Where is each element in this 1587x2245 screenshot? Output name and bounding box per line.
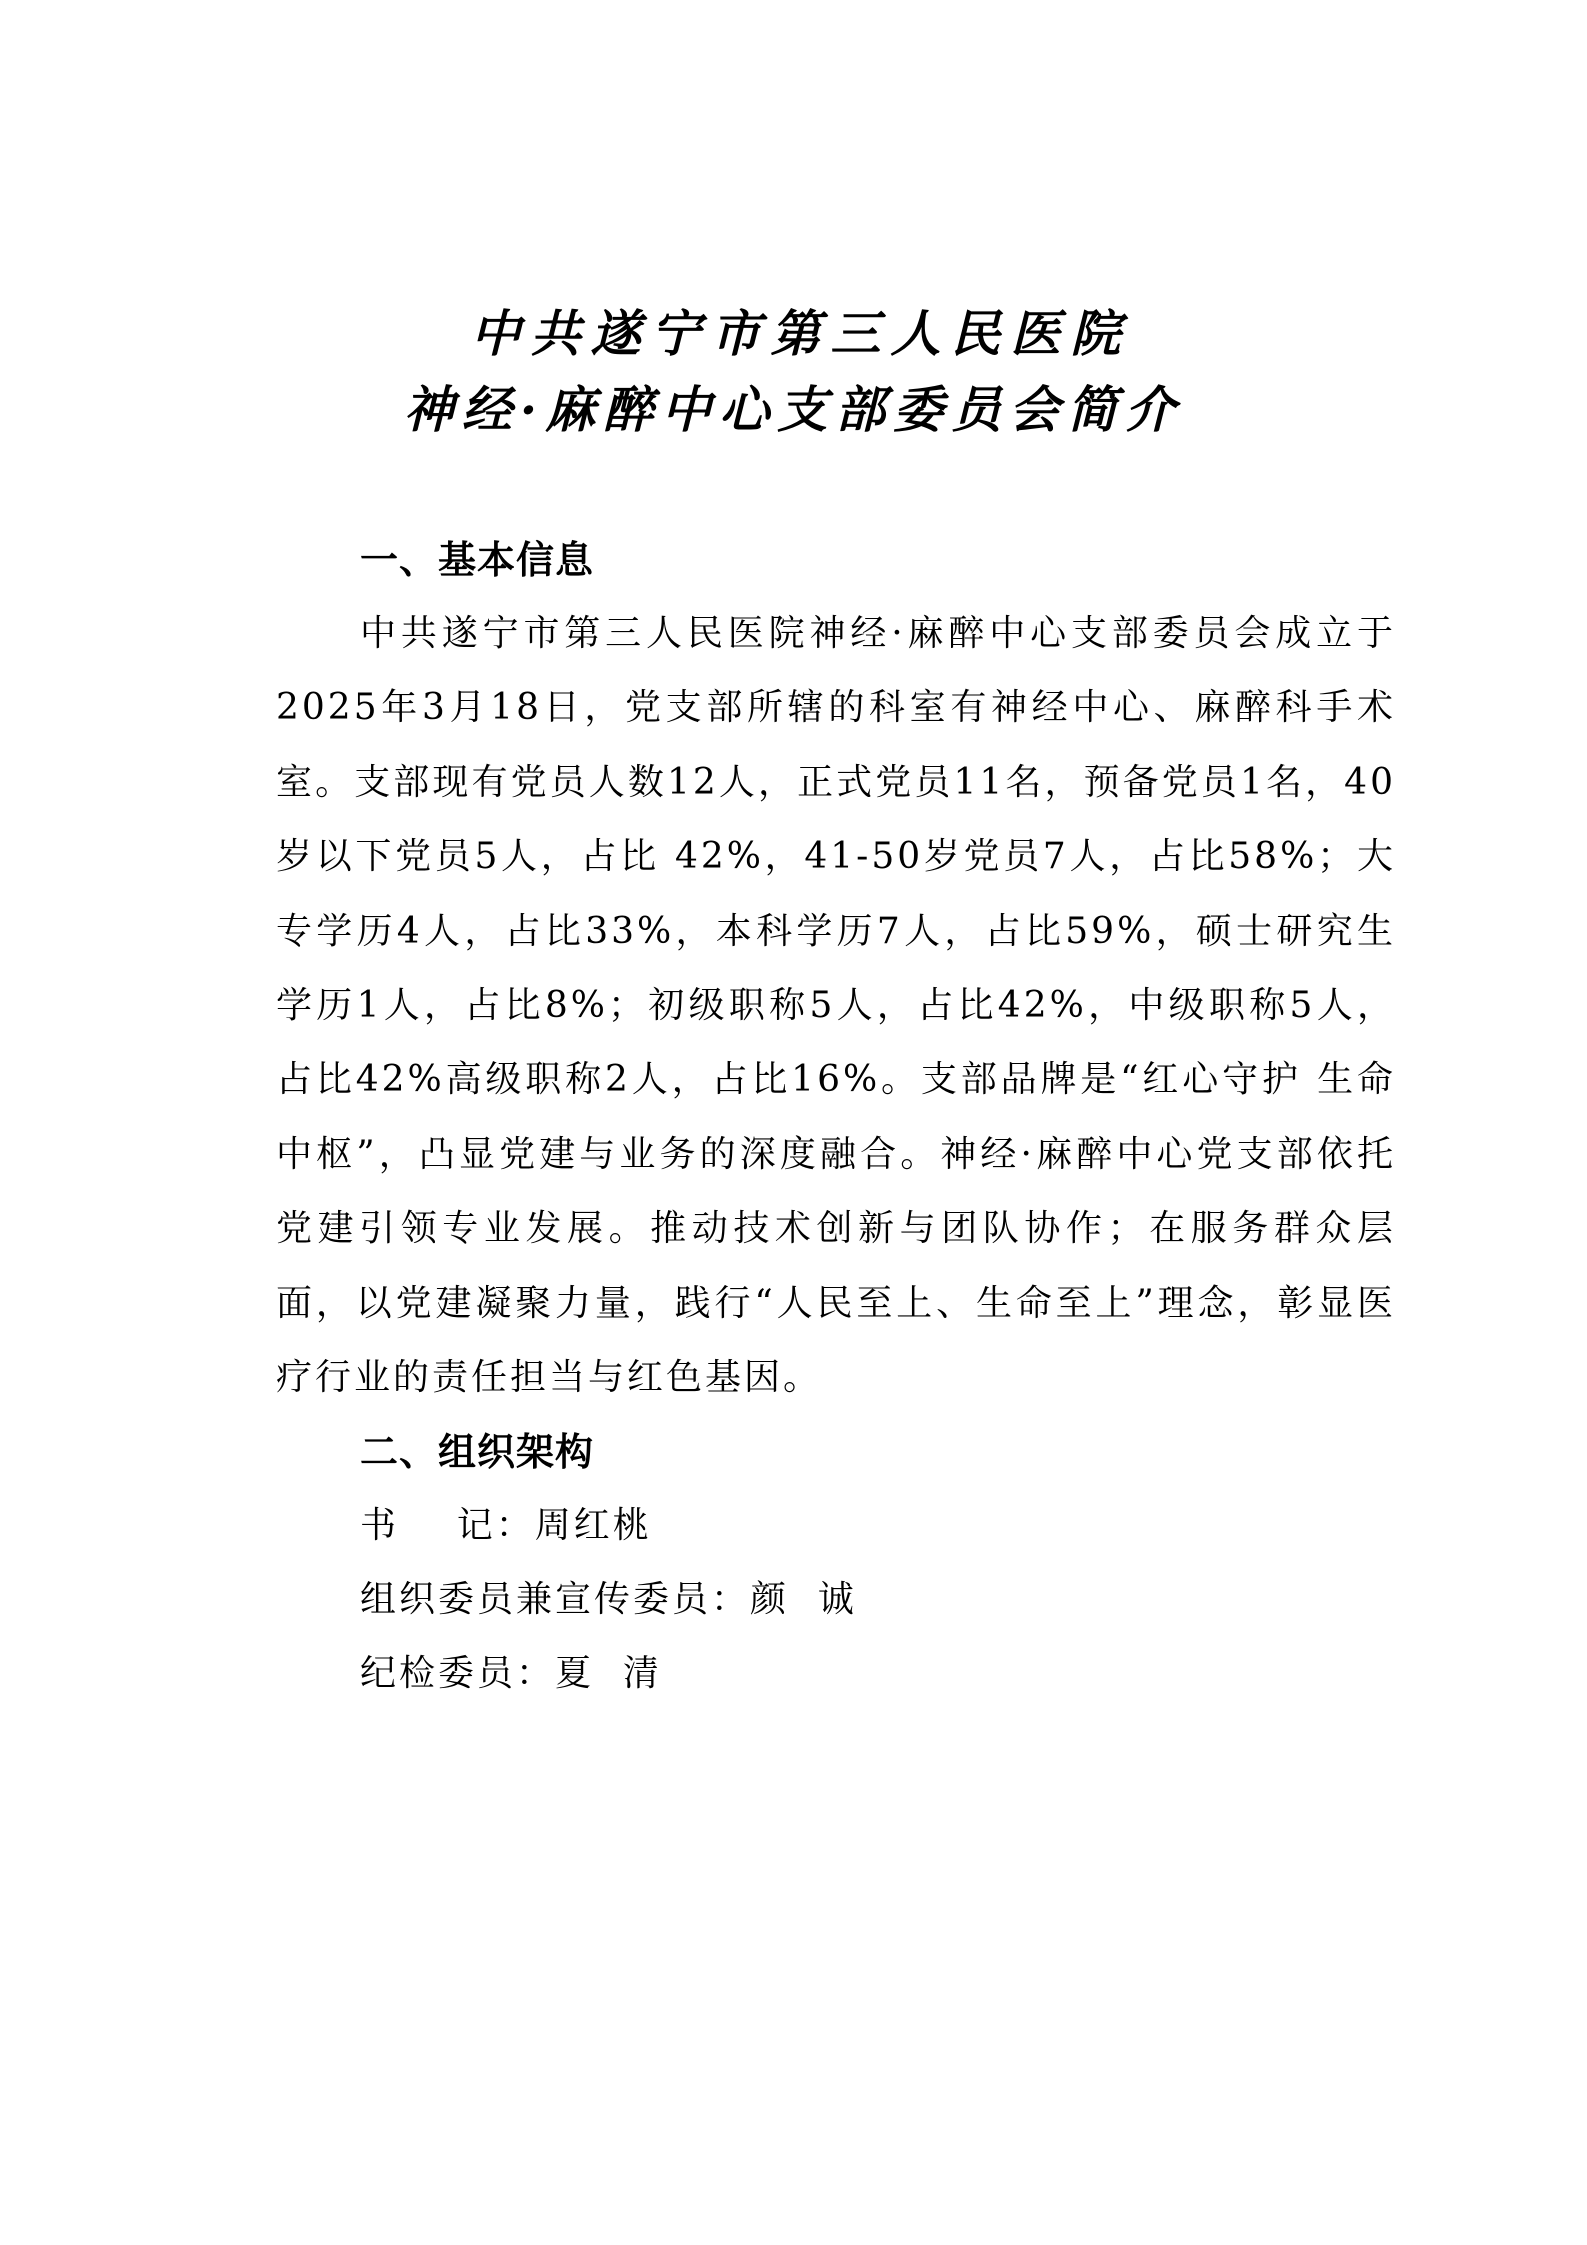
title-line-2: 神经·麻醉中心支部委员会简介 (0, 372, 1587, 448)
document-page: 中共遂宁市第三人民医院 神经·麻醉中心支部委员会简介 一、基本信息 中共遂宁市第… (0, 0, 1587, 2245)
org-member-secretary: 书 记：周红桃 (276, 1489, 1396, 1563)
basic-info-paragraph: 中共遂宁市第三人民医院神经·麻醉中心支部委员会成立于2025年3月18日，党支部… (276, 597, 1396, 1415)
section-heading-basic-info: 一、基本信息 (276, 523, 1396, 597)
member-role: 纪检委员： (360, 1653, 555, 1694)
member-name: 周红桃 (535, 1505, 652, 1546)
document-title: 中共遂宁市第三人民医院 神经·麻醉中心支部委员会简介 (0, 296, 1587, 448)
org-member-organization-publicity: 组织委员兼宣传委员：颜 诚 (276, 1563, 1396, 1637)
title-line-1: 中共遂宁市第三人民医院 (0, 296, 1587, 372)
section-org-structure: 二、组织架构 书 记：周红桃 组织委员兼宣传委员：颜 诚 纪检委员：夏 清 (276, 1415, 1396, 1711)
member-name: 颜 诚 (750, 1579, 857, 1620)
member-name: 夏 清 (555, 1653, 662, 1694)
document-body: 一、基本信息 中共遂宁市第三人民医院神经·麻醉中心支部委员会成立于2025年3月… (276, 523, 1396, 1711)
member-role: 组织委员兼宣传委员： (360, 1579, 750, 1620)
section-basic-info: 一、基本信息 中共遂宁市第三人民医院神经·麻醉中心支部委员会成立于2025年3月… (276, 523, 1396, 1415)
member-role: 书 记： (360, 1505, 535, 1546)
section-heading-org-structure: 二、组织架构 (276, 1415, 1396, 1489)
org-member-discipline: 纪检委员：夏 清 (276, 1637, 1396, 1711)
